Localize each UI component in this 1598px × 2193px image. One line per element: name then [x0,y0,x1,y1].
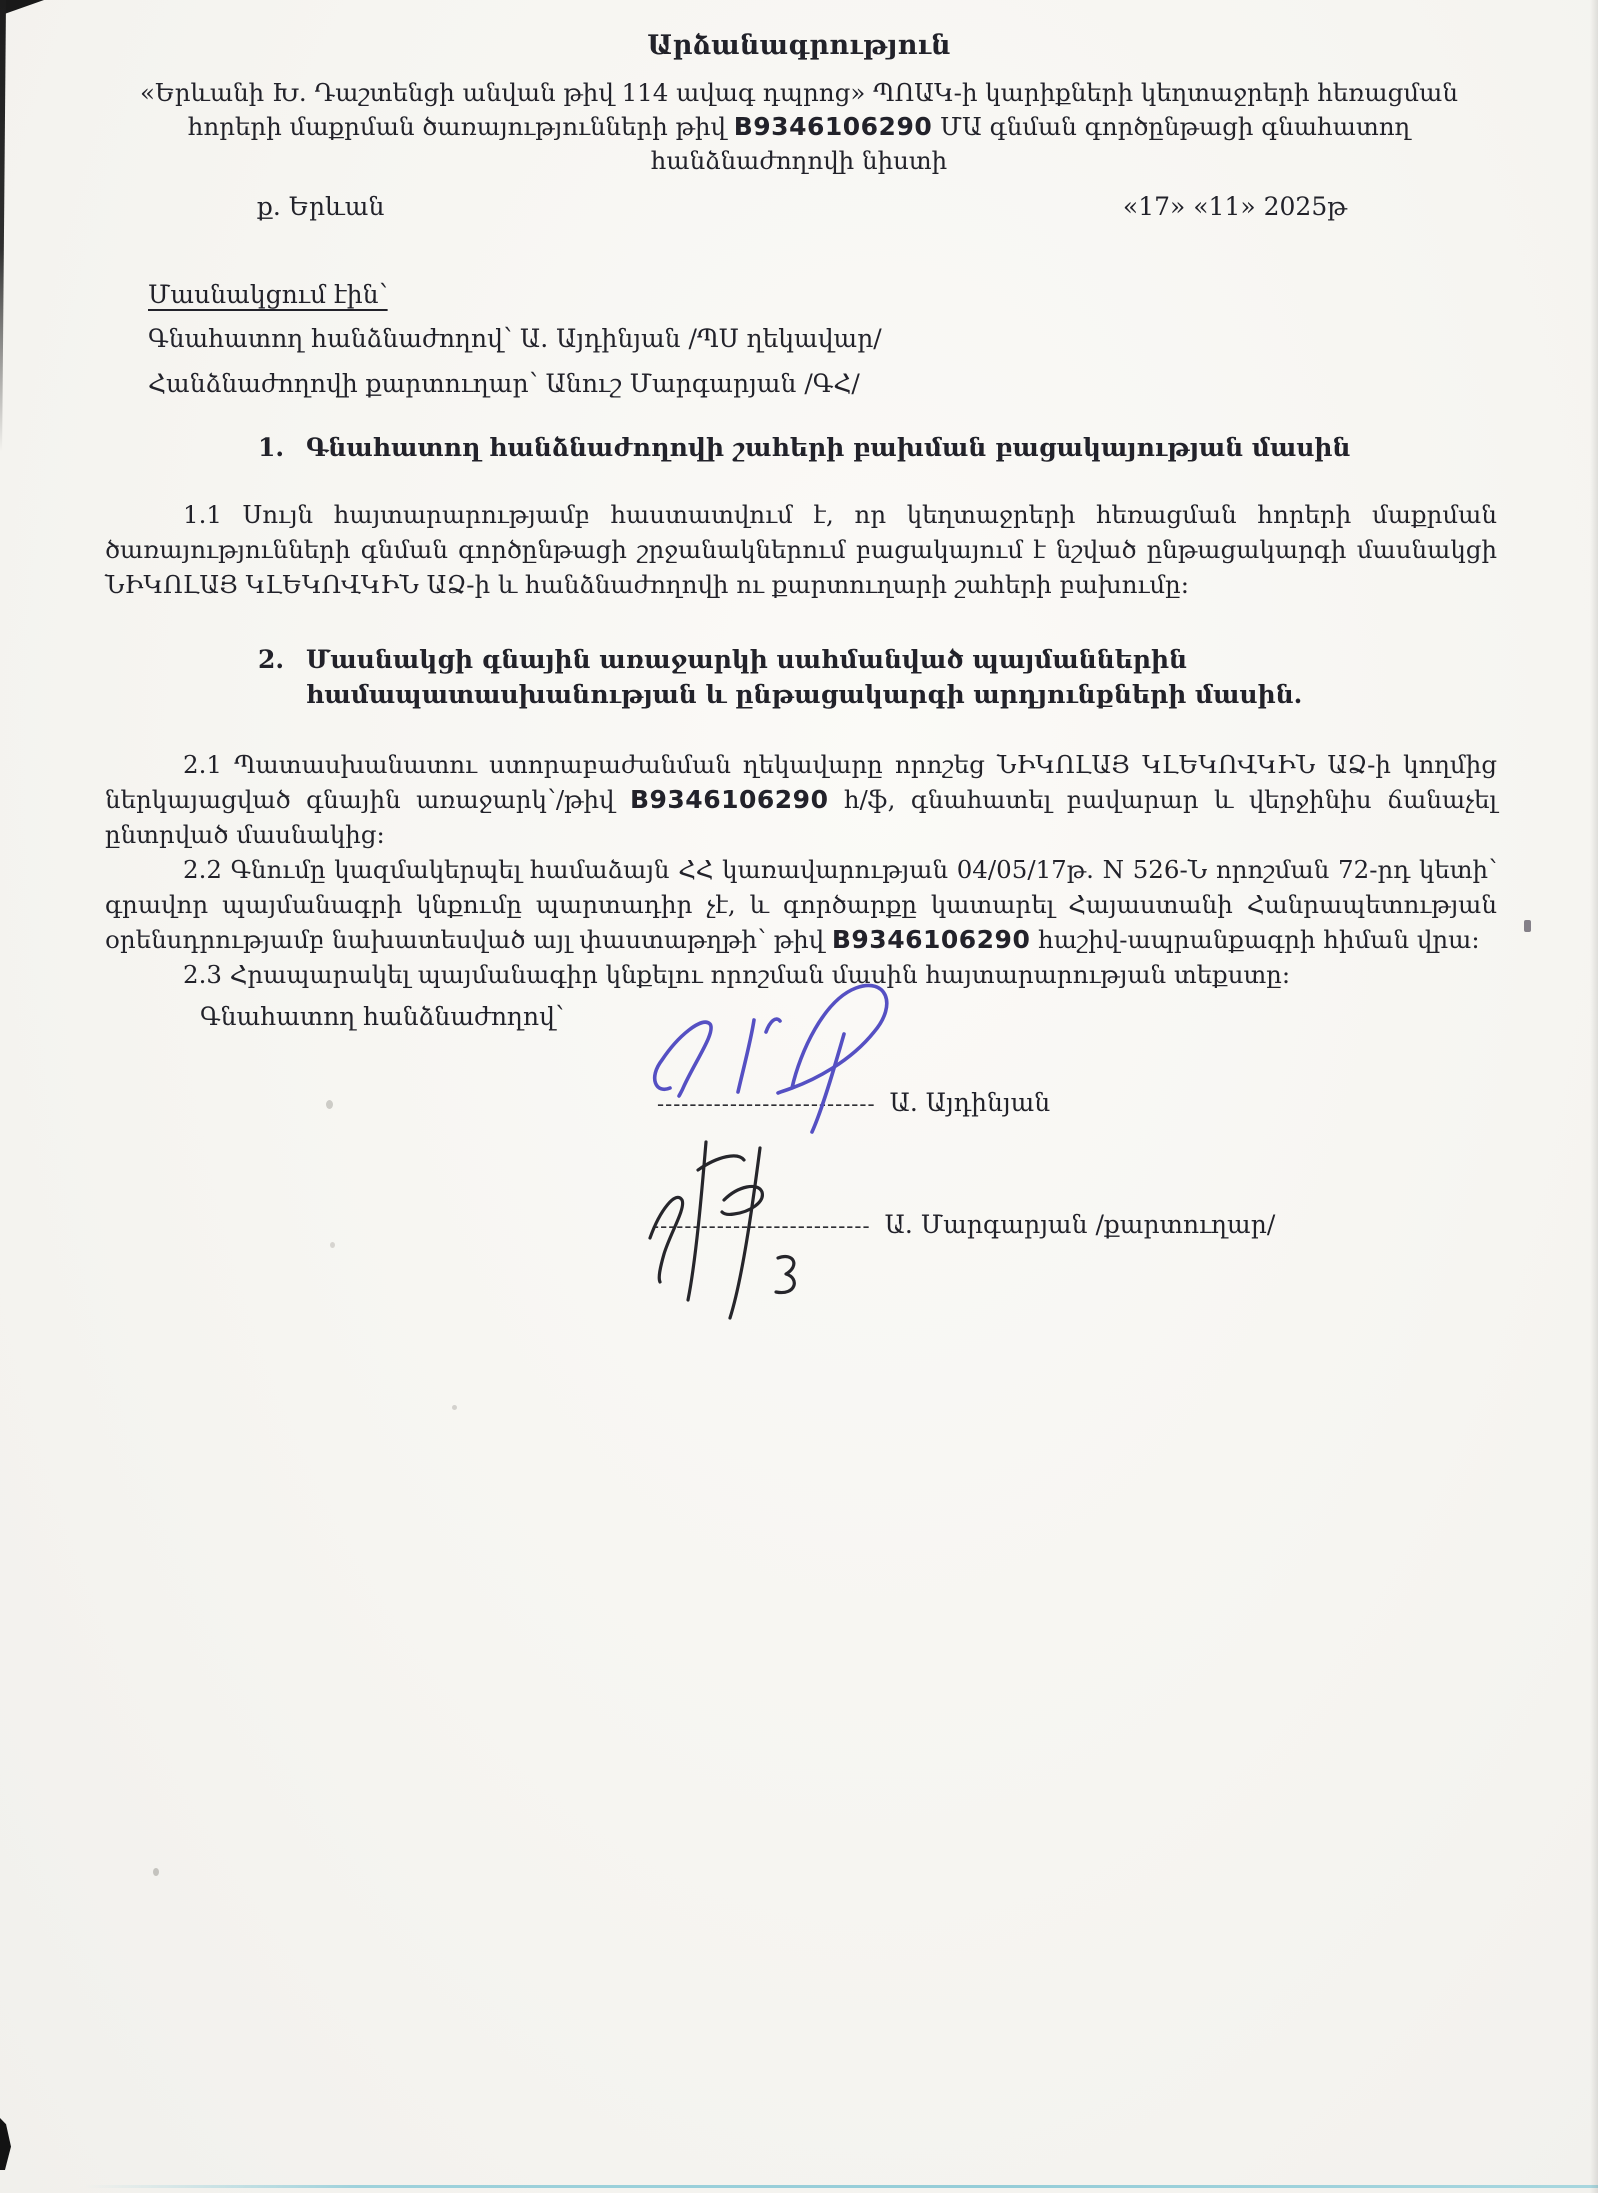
signature-secretary-name: Ա. Մարգարյան /քարտուղար/ [885,1210,1276,1239]
scan-speck [1524,920,1531,932]
signature-line-dashes: --------------------------- [657,1092,876,1116]
scan-edge-left-sliver [0,0,6,452]
section-1-heading: 1. Գնահատող հանձնաժողովի շահերի բախման բ… [258,430,1458,465]
signature-row-chair: --------------------------- Ա. Այդինյան [657,1088,1050,1117]
paragraph-2-3: 2.3 Հրապարակել պայմանագիր կնքելու որոշմա… [105,957,1497,992]
scan-edge-right-shade [1590,0,1598,2193]
scan-edge-top-left [0,0,44,14]
section-1-number: 1. [258,430,306,465]
document-title: Արձանագրություն [0,30,1598,61]
date-label: «17» «11» 2025թ [1123,192,1347,221]
scanned-protocol-document: Արձանագրություն «Երևանի Խ. Դաշտենցի անվա… [0,0,1598,2193]
signature-block-label: Գնահատող հանձնաժողով՝ [200,1002,564,1031]
paragraph-1-1: 1.1 Սույն հայտարարությամբ հաստատվում է, … [105,497,1497,602]
scan-speck [330,1242,335,1248]
signature-row-secretary: --------------------------- Ա. Մարգարյան… [652,1210,1275,1239]
participant-secretary-line: Հանձնաժողովի քարտուղար՝ Անուշ Մարգարյան … [148,369,860,398]
scan-edge-bottom-line [85,2185,1598,2188]
section-2-title: Մասնակցի գնային առաջարկի սահմանված պայմա… [306,642,1498,712]
section-2-number: 2. [258,642,306,712]
scan-speck [326,1100,333,1109]
participant-chair-line: Գնահատող հանձնաժողով՝ Ա. Այդինյան /ՊՍ ղե… [148,324,882,353]
paragraph-2-2: 2.2 Գնումը կազմակերպել համաձայն ՀՀ կառավ… [105,852,1497,957]
scan-speck [153,1868,159,1876]
section-2-body: 2.1 Պատասխանատու ստորաբաժանման ղեկավարը … [105,747,1497,992]
section-2-heading: 2. Մասնակցի գնային առաջարկի սահմանված պա… [258,642,1498,712]
signature-chair-name: Ա. Այդինյան [890,1088,1051,1117]
scan-speck [452,1405,457,1410]
participants-heading: Մասնակցում էին՝ [148,280,396,309]
paragraph-2-1: 2.1 Պատասխանատու ստորաբաժանման ղեկավարը … [105,747,1497,852]
scan-edge-bottom-left [0,2118,11,2170]
signature-line-dashes: --------------------------- [652,1214,871,1238]
section-1-title: Գնահատող հանձնաժողովի շահերի բախման բացա… [306,430,1351,465]
document-subtitle: «Երևանի Խ. Դաշտենցի անվան թիվ 114 ավագ դ… [130,76,1468,178]
city-date-row: ք. Երևան «17» «11» 2025թ [105,192,1495,221]
city-label: ք. Երևան [257,192,384,221]
